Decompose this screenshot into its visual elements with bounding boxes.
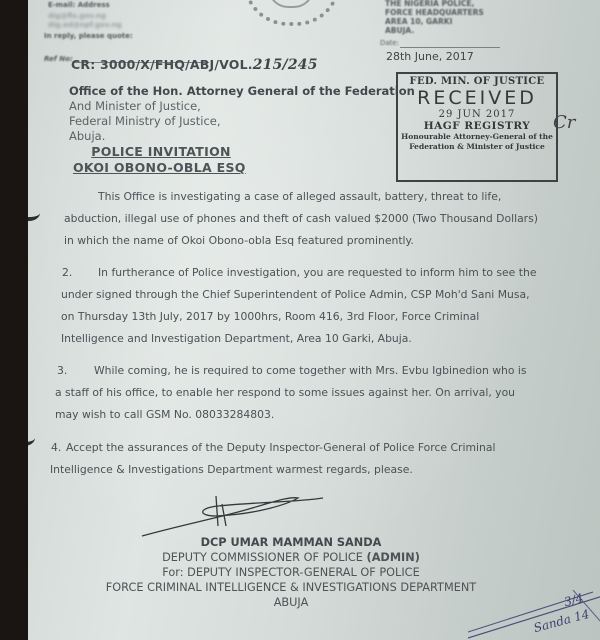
email-address-2: dig.ed@npf.gov.ng [48,21,122,29]
addressee-line-2: And Minister of Justice, [69,99,415,114]
email-address-1: dig@fis.gov.ng [48,12,106,20]
paragraph-3-line-1: While coming, he is required to come tog… [94,360,527,382]
paragraph-2-line-1: In furtherance of Police investigation, … [98,262,536,284]
punch-hole-icon [28,205,40,221]
paragraph-1-line-3: in which the name of Okoi Obono-obla Esq… [64,230,414,252]
paragraph-3-line-2: a staff of his office, to enable her res… [55,382,515,404]
date-underline [400,47,500,48]
paragraph-4-number: 4. [51,437,61,459]
signatory-title-suffix: (ADMIN) [367,551,420,564]
addressee-block: Office of the Hon. Attorney General of t… [69,84,415,144]
stamp-received: RECEIVED [398,87,556,109]
signatory-name: DCP UMAR MAMMAN SANDA [76,535,506,550]
header-org-3: AREA 10, GARKI [385,17,452,26]
paragraph-1-line-2: abduction, illegal use of phones and the… [64,208,538,230]
received-stamp: FED. MIN. OF JUSTICE RECEIVED 29 JUN 201… [396,72,558,182]
reference-typed: CR: 3000/X/FHQ/ABJ/VOL. [71,57,253,72]
stamp-date: 29 JUN 2017 [398,109,556,120]
paragraph-2-number: 2. [62,262,72,284]
signatory-title: DEPUTY COMMISSIONER OF POLICE (ADMIN) [76,550,506,565]
letter-date: 28th June, 2017 [386,50,474,63]
header-org-2: FORCE HEADQUARTERS [385,8,484,17]
letter-page: E-mail: Address dig@fis.gov.ng dig.ed@np… [28,0,600,640]
paragraph-2-line-2: under signed through the Chief Superinte… [61,284,530,306]
subject-line-1: POLICE INVITATION [86,144,236,159]
ref-label: Ref No: [44,55,73,63]
addressee-line-3: Federal Ministry of Justice, [69,114,415,129]
stamp-registry: HAGF REGISTRY [398,120,556,132]
paragraph-4-line-2: Intelligence & Investigations Department… [50,459,413,481]
signatory-for-line: For: DEPUTY INSPECTOR-GENERAL OF POLICE [76,565,506,580]
paragraph-2-line-4: Intelligence and Investigation Departmen… [61,328,412,350]
addressee-line-1: Office of the Hon. Attorney General of t… [69,84,415,99]
stamp-initials: Cr [553,112,575,133]
paragraph-4-line-1: Accept the assurances of the Deputy Insp… [66,437,495,459]
subject-line-2: OKOI OBONO-OBLA ESQ [73,160,246,175]
reply-note: In reply, please quote: [44,32,133,40]
header-org-4: ABUJA. [385,26,414,35]
email-label: E-mail: Address [48,1,110,9]
addressee-line-4: Abuja. [69,129,415,144]
signature-block: DCP UMAR MAMMAN SANDA DEPUTY COMMISSIONE… [76,535,506,610]
signatory-department: FORCE CRIMINAL INTELLIGENCE & INVESTIGAT… [76,580,506,595]
paragraph-3-line-3: may wish to call GSM No. 08033284803. [55,404,274,426]
paragraph-1-line-1: This Office is investigating a case of a… [98,186,501,208]
stamp-office-2: Federation & Minister of Justice [398,142,556,152]
punch-hole-icon [28,430,35,446]
stamp-ministry: FED. MIN. OF JUSTICE [398,76,556,87]
stamp-office-1: Honourable Attorney-General of the [398,132,556,142]
paragraph-2-line-3: on Thursday 13th July, 2017 by 1000hrs, … [61,306,479,328]
signatory-title-prefix: DEPUTY COMMISSIONER OF POLICE [162,551,366,564]
date-value: 28th June, 2017 [386,50,474,63]
signatory-city: ABUJA [76,595,506,610]
paragraph-3-number: 3. [57,360,67,382]
reference-handwritten: 215/245 [253,57,318,73]
reference-number: CR: 3000/X/FHQ/ABJ/VOL.215/245 [71,57,318,73]
header-org-1: THE NIGERIA POLICE, [385,0,474,8]
date-label: Date: [380,39,399,47]
